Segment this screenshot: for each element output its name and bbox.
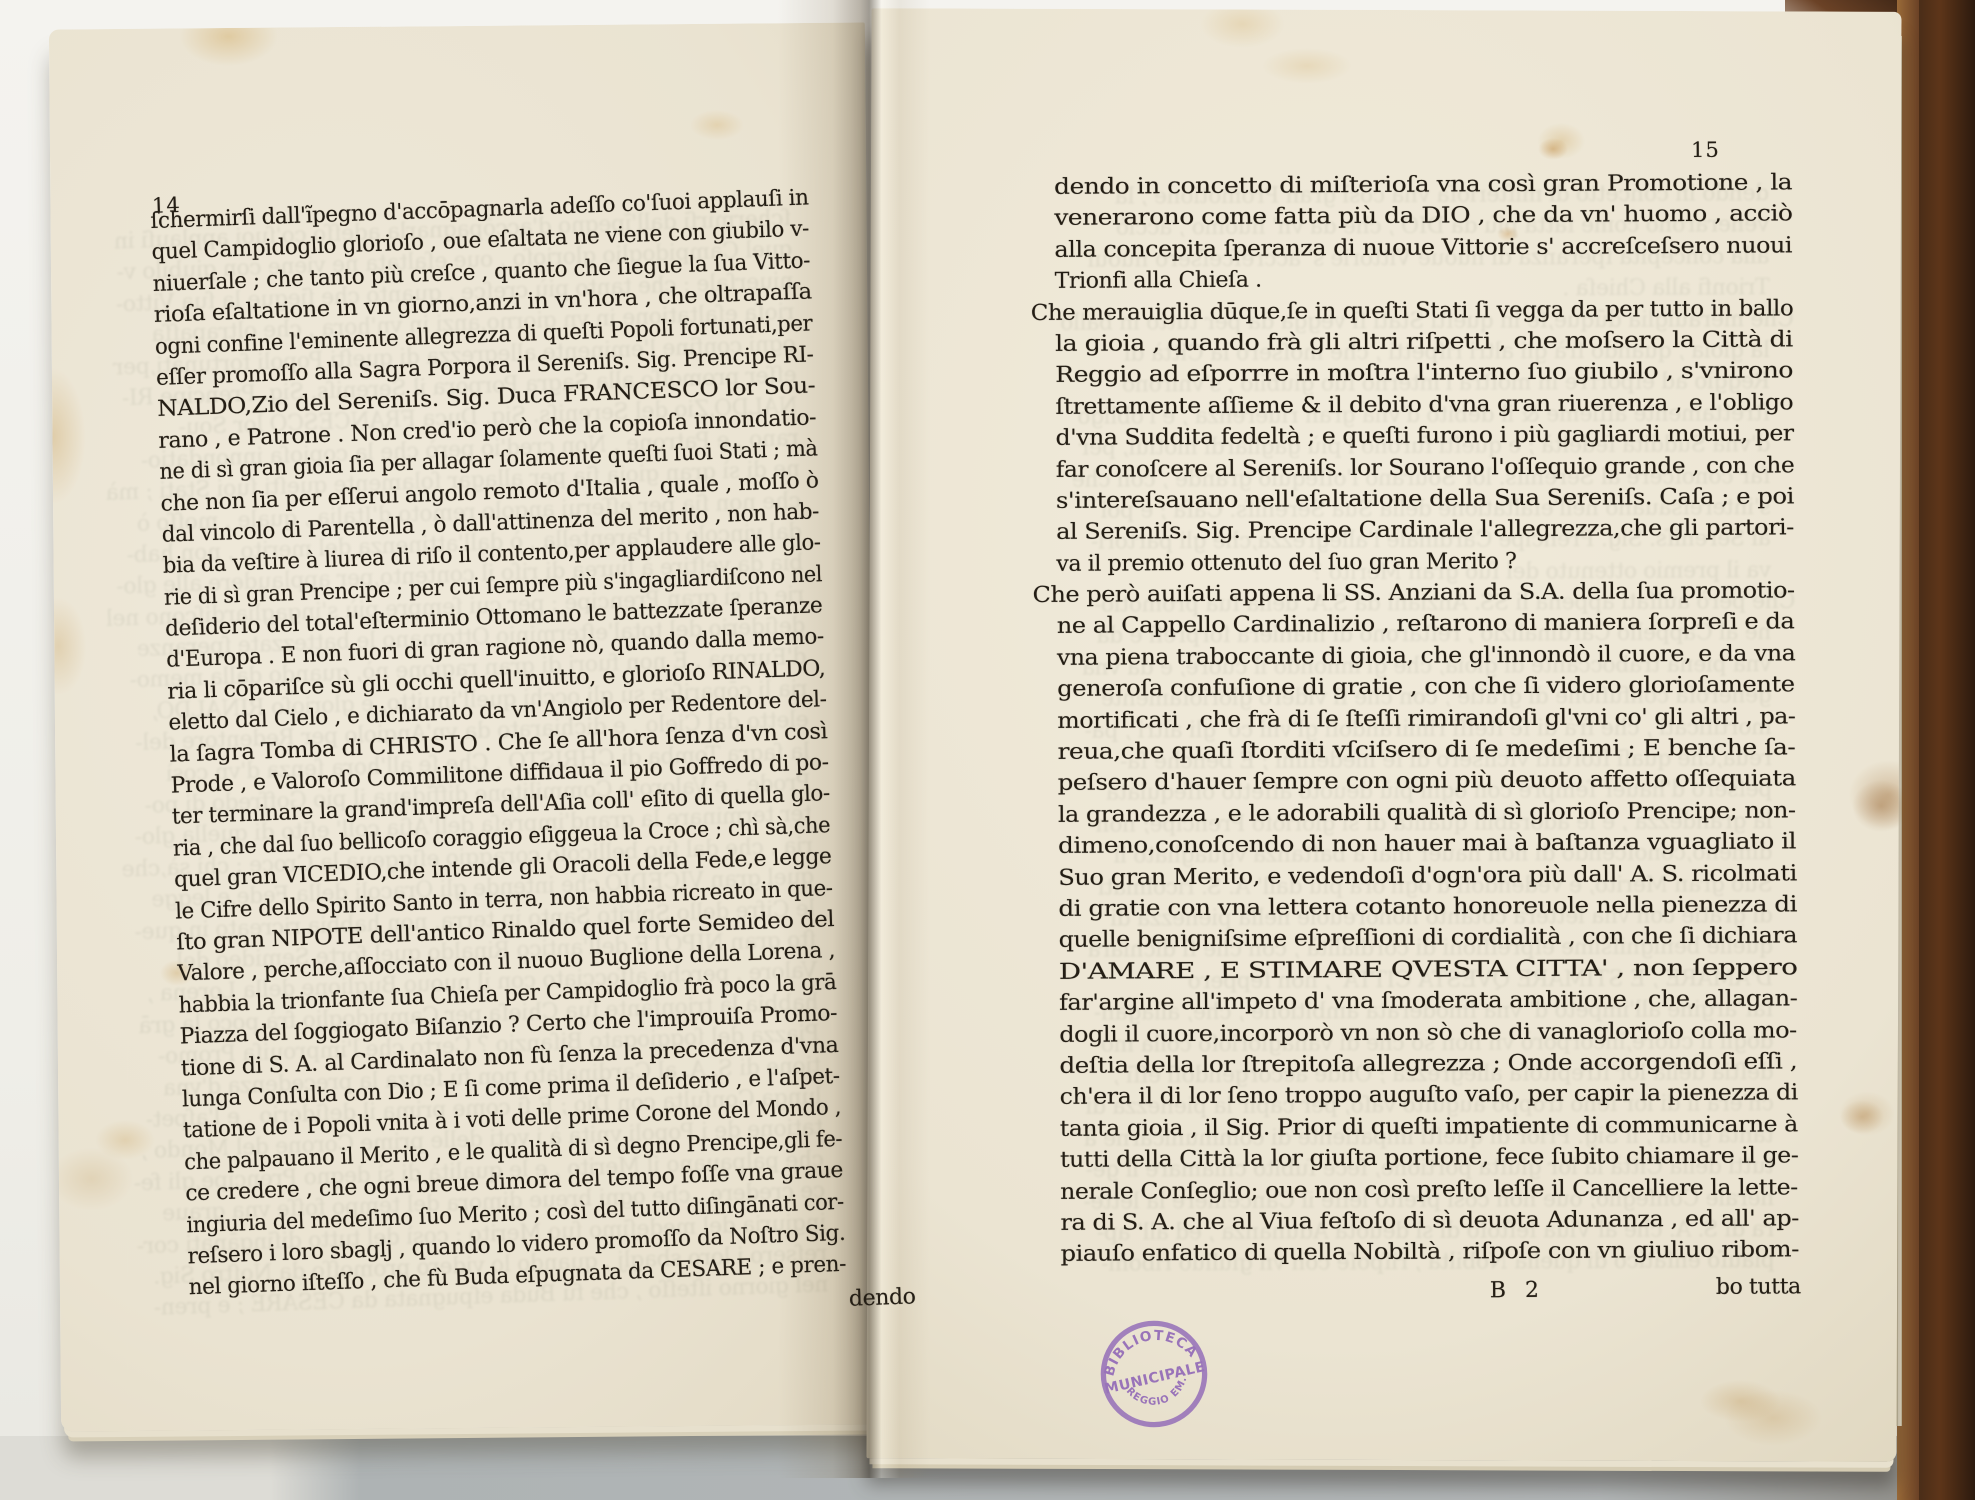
text-line: ſtrettamente aſſieme & il debito d'vna g…: [1055, 387, 1793, 423]
text-line: dendo in concetto di miſterioſa vna così…: [1054, 167, 1792, 203]
text-line: dimeno,conoſcendo di non hauer mai à baſ…: [1058, 827, 1796, 863]
text-line: far'argine all'impeto d' vna ſmoderata a…: [1059, 983, 1797, 1019]
text-line: d'vna Suddita fedeltà ; e queſti furono …: [1056, 418, 1794, 454]
catchword-bo-tutta: bo tutta: [1716, 1271, 1801, 1303]
text-line: generoſa confuſione di gratie , con che …: [1057, 670, 1795, 706]
text-line: Che merauiglia dūque,ſe in queſti Stati …: [1031, 293, 1793, 329]
text-line: la gioia , quando frà gli altri riſpetti…: [1055, 324, 1793, 360]
text-line: tutti della Città la lor giuſta portione…: [1060, 1140, 1798, 1176]
text-body: ſchermirſi dall'ĩpegno d'accōpagnarla ad…: [150, 182, 847, 1304]
text-line: tanta gioia , il Sig. Prior di queſti im…: [1060, 1109, 1798, 1145]
page-15-text: 15 dendo in concetto di miſterioſa vna c…: [1030, 167, 1799, 1315]
catchword-dendo: dendo: [848, 1281, 916, 1315]
text-line: deſtia della lor ſtrepitoſa allegrezza ;…: [1059, 1046, 1797, 1082]
page-footer: B 2 bo tutta: [1061, 1271, 1799, 1316]
text-line: Suo gran Merito, e vedendoſi d'ogn'ora p…: [1058, 858, 1796, 894]
text-line: al Sereniſs. Sig. Prencipe Cardinale l'a…: [1056, 513, 1794, 549]
text-line: vna piena traboccante di gioia, che gl'i…: [1057, 638, 1795, 674]
signature-mark: B 2: [1490, 1275, 1545, 1307]
text-line: quelle benigniſsime eſpreſſioni di cordi…: [1059, 921, 1797, 957]
text-body: dendo in concetto di miſterioſa vna così…: [1054, 167, 1799, 1270]
text-line: venerarono come fatta più da DIO , che d…: [1054, 199, 1792, 235]
text-line: ra di S. A. che al Viua feſtoſo di sì de…: [1060, 1203, 1798, 1239]
text-line: Trionfi alla Chieſa .: [1055, 262, 1793, 298]
text-line: piauſo enfatico di quella Nobiltà , riſp…: [1061, 1235, 1799, 1271]
page-number-15: 15: [1691, 135, 1720, 167]
text-line: Reggio ad eſporrre in moſtra l'interno ſ…: [1055, 356, 1793, 392]
text-line: far conoſcere al Sereniſs. lor Sourano l…: [1056, 450, 1794, 486]
text-line: reua,che quaſi ſtorditi vſciſsero di ſe …: [1057, 732, 1795, 768]
book-cover-edge: [1897, 0, 1975, 1500]
text-line: s'intereſsauano nell'eſaltatione della S…: [1056, 481, 1794, 517]
text-line: ne al Cappello Cardinalizio , reſtarono …: [1057, 607, 1795, 643]
text-line: dogli il cuore,incorporò vn non sò che d…: [1059, 1015, 1797, 1051]
text-line: peſsero d'hauer ſempre con ogni più deuo…: [1058, 764, 1796, 800]
text-line: di gratie con vna lettera cotanto honore…: [1058, 889, 1796, 925]
book-scan: ſchermirſi dall'ĩpegno d'accōpagnarla ad…: [0, 0, 1975, 1500]
text-line: alla concepita ſperanza di nuoue Vittori…: [1054, 230, 1792, 266]
page-14-text: 14 ſchermirſi dall'ĩpegno d'accōpagnarla…: [150, 182, 847, 1304]
text-line: nerale Conſeglio; oue non così preſto le…: [1060, 1172, 1798, 1208]
text-line: mortificati , che frà di ſe ſteſſi rimir…: [1057, 701, 1795, 737]
text-line: Che però auiſati appena li SS. Anziani d…: [1032, 575, 1794, 611]
text-line: la grandezza , e le adorabili qualità di…: [1058, 795, 1796, 831]
text-line: ch'era il di lor ſeno troppo auguſto vaſ…: [1060, 1078, 1798, 1114]
text-line: D'AMARE , E STIMARE QVESTA CITTA' , non …: [1059, 952, 1797, 988]
text-line: va il premio ottenuto del ſuo gran Merit…: [1056, 544, 1794, 580]
